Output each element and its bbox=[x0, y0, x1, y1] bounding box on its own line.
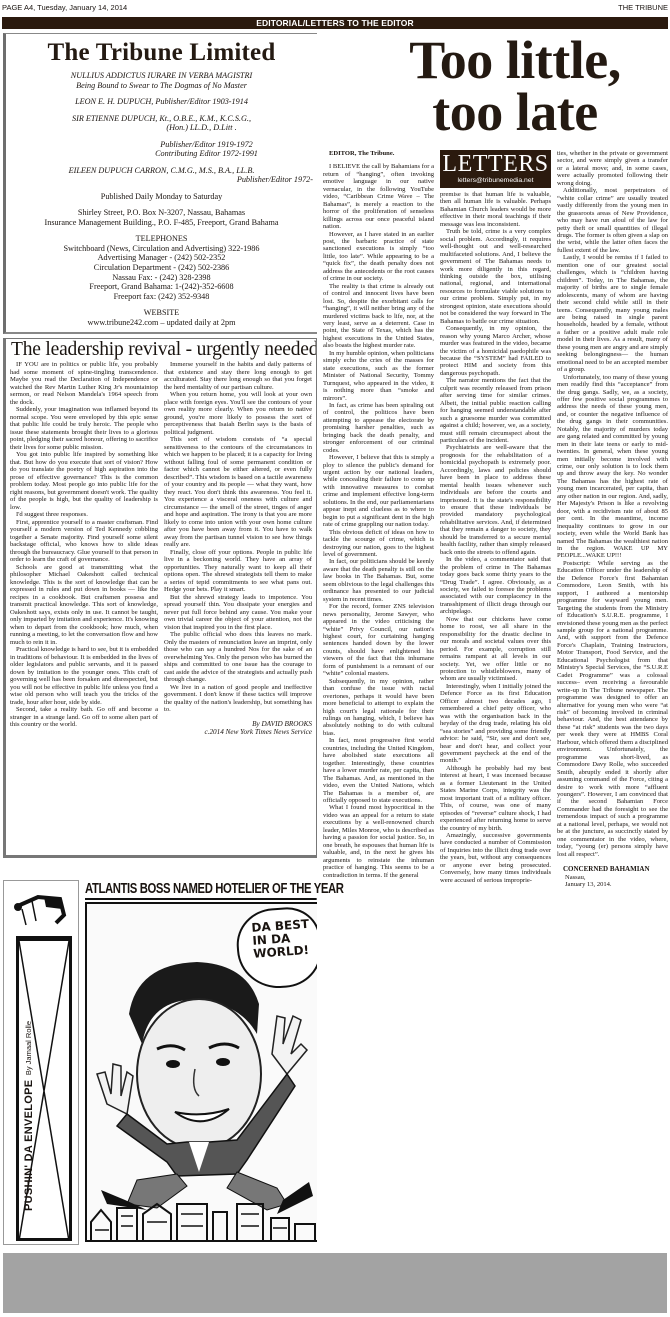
paragraph: Second, take a reality bath. Go off and … bbox=[10, 706, 158, 729]
telephone-line: Freeport, Grand Bahama: 1-(242)-352-6608 bbox=[6, 282, 317, 292]
article-column-2: Immerse yourself in the habits and daily… bbox=[164, 361, 312, 736]
paragraph: This sort of wisdom consists of “a speci… bbox=[164, 436, 312, 549]
article-credit: c.2014 New York Times News Service bbox=[164, 728, 312, 736]
letter-headline: Too little, too late bbox=[360, 34, 670, 138]
cartoon-drawing: DA BEST IN DA WORLD! bbox=[85, 902, 317, 1242]
cartoon-series-panel: PUSHIN' DA ENVELOPE By Jamaal Rolle bbox=[3, 880, 79, 1245]
paragraph: Subsequently, in my opinion, rather than… bbox=[323, 678, 434, 738]
leadership-article: The leadership revival - urgently needed… bbox=[3, 338, 317, 858]
telephone-line: Circulation Department - (242) 502-2386 bbox=[6, 263, 317, 273]
letters-label: LETTERS bbox=[440, 152, 551, 177]
article-column-1: IF YOU are in politics or public life, y… bbox=[10, 361, 158, 736]
series-byline: By Jamaal Rolle bbox=[24, 1021, 33, 1075]
letter-headline-line1: Too little, bbox=[360, 34, 670, 86]
paragraph: Now that our chickens have come home to … bbox=[440, 616, 551, 683]
editorial-cartoon: PUSHIN' DA ENVELOPE By Jamaal Rolle ATLA… bbox=[3, 880, 317, 1245]
website-heading: WEBSITE bbox=[6, 308, 317, 318]
cartoon-panel: ATLANTIS BOSS NAMED HOTELIER OF THE YEAR bbox=[85, 880, 317, 1245]
paragraph: Amazingly, successive governments have c… bbox=[440, 832, 551, 884]
folio-right: THE TRIBUNE bbox=[618, 3, 668, 15]
letter-column-2: LETTERS letters@tribunemedia.net premise… bbox=[440, 150, 551, 888]
paragraph: Truth be told, crime is a very complex s… bbox=[440, 228, 551, 325]
series-title: PUSHIN' DA ENVELOPE bbox=[23, 1080, 35, 1211]
published-line: Published Daily Monday to Saturday bbox=[6, 192, 317, 202]
paragraph: This obvious deficit of ideas on how to … bbox=[323, 529, 434, 559]
telephone-line: Advertising Manager - (242) 502-2352 bbox=[6, 253, 317, 263]
paragraph: You got into public life inspired by som… bbox=[10, 451, 158, 511]
article-byline: By DAVID BROOKS bbox=[164, 720, 312, 728]
sir-etienne-line2: (Hon.) LL.D., D.Litt . bbox=[6, 123, 317, 133]
paragraph: IF YOU are in politics or public life, y… bbox=[10, 361, 158, 406]
section-banner: EDITORIAL/LETTERS TO THE EDITOR bbox=[2, 17, 668, 29]
paragraph: I BELIEVE the call by Bahamians for a re… bbox=[323, 163, 434, 230]
paragraph: Consequently, in my opinion, the reason … bbox=[440, 325, 551, 377]
letter-location: Nassau, bbox=[557, 874, 668, 881]
paragraph: Suddenly, your imagination was inflamed … bbox=[10, 406, 158, 451]
paragraph: In my humble opinion, when politicians s… bbox=[323, 350, 434, 402]
address-freeport: Insurance Management Building., P.O. F-4… bbox=[6, 218, 317, 228]
paragraph: The public official who does this leaves… bbox=[164, 631, 312, 684]
paragraph: The reality is that crime is already out… bbox=[323, 283, 434, 350]
website-link[interactable]: www.tribune242.com – updated daily at 2p… bbox=[6, 318, 317, 328]
paragraph: For the record, former ZNS television ne… bbox=[323, 603, 434, 678]
motto-translation: Being Bound to Swear to The Dogmas of No… bbox=[6, 81, 317, 91]
paragraph: I'd suggest three responses. bbox=[10, 511, 158, 519]
address-nassau: Shirley Street, P.O. Box N-3207, Nassau,… bbox=[6, 208, 317, 218]
sir-etienne-role1: Publisher/Editor 1919-1972 bbox=[6, 140, 317, 150]
paragraph: What I found most hypocritical in the vi… bbox=[323, 804, 434, 879]
letter-salutation: EDITOR, The Tribune. bbox=[323, 150, 434, 157]
paragraph: Practical knowledge is hard to see, but … bbox=[10, 646, 158, 706]
paragraph: Additionally, most perpetrators of “whit… bbox=[557, 187, 668, 254]
letters-email-link[interactable]: letters@tribunemedia.net bbox=[440, 177, 551, 185]
paragraph: Immerse yourself in the habits and daily… bbox=[164, 361, 312, 391]
paragraph: Interestingly, when I initially joined t… bbox=[440, 683, 551, 765]
telephone-line: Switchboard (News, Circulation and Adver… bbox=[6, 244, 317, 254]
folio-left: PAGE A4, Tuesday, January 14, 2014 bbox=[2, 3, 127, 15]
masthead-box: The Tribune Limited NULLIUS ADDICTUS IUR… bbox=[3, 33, 317, 334]
letter-column-3: ties, whether in the private or governme… bbox=[557, 150, 668, 888]
founder-line: LEON E. H. DUPUCH, Publisher/Editor 1903… bbox=[6, 97, 317, 107]
paragraph: First, apprentice yourself to a master c… bbox=[10, 519, 158, 564]
cartoon-series-title: PUSHIN' DA ENVELOPE By Jamaal Rolle bbox=[20, 1011, 50, 1211]
eileen-line1: EILEEN DUPUCH CARRON, C.M.G., M.S., B.A.… bbox=[6, 166, 317, 176]
telephone-line: Nassau Fax: - (242) 328-2398 bbox=[6, 273, 317, 283]
paragraph: Schools are good at transmitting what th… bbox=[10, 564, 158, 647]
letters-badge: LETTERS letters@tribunemedia.net bbox=[440, 150, 551, 188]
page-folio: PAGE A4, Tuesday, January 14, 2014 THE T… bbox=[2, 3, 668, 15]
paragraph: Psychiatrists are well-aware that the pr… bbox=[440, 444, 551, 556]
figure-pushing-icon bbox=[10, 887, 70, 937]
cartoon-headline: ATLANTIS BOSS NAMED HOTELIER OF THE YEAR bbox=[85, 881, 317, 900]
article-headline: The leadership revival - urgently needed bbox=[6, 339, 316, 361]
letter-body: EDITOR, The Tribune. I BELIEVE the call … bbox=[323, 150, 668, 888]
eileen-line2: Publisher/Editor 1972- bbox=[6, 175, 317, 185]
paragraph: In fact, most progressive first world co… bbox=[323, 737, 434, 804]
sir-etienne-role2: Contributing Editor 1972-1991 bbox=[6, 149, 317, 159]
paragraph: Postscript: While serving as the Educati… bbox=[557, 560, 668, 858]
letter-signature: CONCERNED BAHAMIAN bbox=[557, 866, 668, 873]
paragraph: Finally, close off your options. People … bbox=[164, 549, 312, 594]
paragraph: In the video, a commentator said that th… bbox=[440, 556, 551, 616]
motto: NULLIUS ADDICTUS IURARE IN VERBA MAGISTR… bbox=[6, 71, 317, 81]
letter-headline-line2: too late bbox=[360, 86, 670, 138]
footer-band bbox=[3, 1253, 667, 1313]
paragraph: Unfortunately, too many of these young m… bbox=[557, 374, 668, 560]
paragraph: When you return home, you will look at y… bbox=[164, 391, 312, 436]
masthead-title: The Tribune Limited bbox=[6, 40, 317, 66]
paragraph: In fact, as crime has been spiraling out… bbox=[323, 402, 434, 454]
paragraph: In fact, our politicians should be keenl… bbox=[323, 558, 434, 603]
sir-etienne-line1: SIR ETIENNE DUPUCH, Kt., O.B.E., K.M., K… bbox=[6, 114, 317, 124]
letter-column-1: EDITOR, The Tribune. I BELIEVE the call … bbox=[323, 150, 434, 888]
paragraph: We live in a nation of good people and i… bbox=[164, 684, 312, 714]
paragraph: ties, whether in the private or governme… bbox=[557, 150, 668, 187]
letter-date: January 13, 2014. bbox=[557, 881, 668, 888]
telephones-heading: TELEPHONES bbox=[6, 234, 317, 244]
paragraph: Lastly, I would be remiss if I failed to… bbox=[557, 254, 668, 373]
telephone-line: Freeport fax: (242) 352-9348 bbox=[6, 292, 317, 302]
paragraph: However, I believe that this is simply a… bbox=[323, 454, 434, 529]
paragraph: The narrator mentions the fact that the … bbox=[440, 377, 551, 444]
paragraph: premise is that human life is valuable, … bbox=[440, 191, 551, 228]
paragraph: Although he probably had my best interes… bbox=[440, 765, 551, 832]
paragraph: But the shrewd strategy leads to impoten… bbox=[164, 594, 312, 632]
paragraph: However, as I have stated in an earlier … bbox=[323, 231, 434, 283]
